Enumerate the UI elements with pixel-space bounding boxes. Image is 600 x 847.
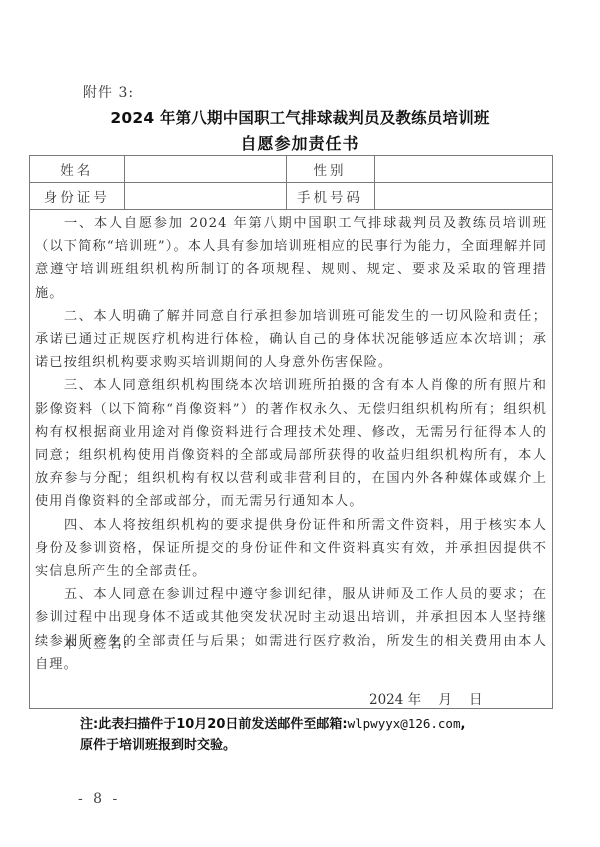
signature-label: 本人签名: (63, 632, 129, 652)
signature-field[interactable] (150, 626, 450, 654)
personal-info-table: 姓名 性别 身份证号 手机号码 (30, 156, 552, 210)
page-number: - 8 - (78, 791, 120, 807)
document-title: 2024 年第八期中国职工气排球裁判员及教练员培训班 (0, 106, 600, 128)
table-row: 身份证号 手机号码 (30, 183, 552, 210)
submission-note: 注:此表扫描件于10月20日前发送邮件至邮箱:wlpwyyx@126.com, (80, 713, 465, 732)
gender-label: 性别 (286, 156, 374, 183)
name-label: 姓名 (30, 156, 124, 183)
clauses: 一、本人自愿参加 2024 年第八期中国职工气排球裁判员及教练员培训班（以下简称… (35, 212, 547, 676)
original-document-note: 原件于培训班报到时交验。 (80, 734, 236, 753)
document-subtitle: 自愿参加责任书 (0, 131, 600, 154)
clause-1: 一、本人自愿参加 2024 年第八期中国职工气排球裁判员及教练员培训班（以下简称… (35, 212, 547, 305)
attachment-label: 附件 3: (83, 82, 134, 102)
id-number-field[interactable] (124, 183, 286, 210)
phone-label: 手机号码 (286, 183, 374, 210)
table-row: 姓名 性别 (30, 156, 552, 183)
name-field[interactable] (124, 156, 286, 183)
signature-date: 2024 年 月 日 (369, 688, 482, 708)
note-text: 注:此表扫描件于10月20日前发送邮件至邮箱: (80, 717, 348, 732)
gender-field[interactable] (374, 156, 552, 183)
note-punct: , (460, 717, 465, 732)
phone-field[interactable] (374, 183, 552, 210)
responsibility-form: 姓名 性别 身份证号 手机号码 一、本人自愿参加 2024 年第八期中国职工气排… (29, 155, 553, 709)
clause-4: 四、本人将按组织机构的要求提供身份证件和所需文件资料，用于核实本人身份及参训资格… (35, 514, 547, 584)
id-number-label: 身份证号 (30, 183, 124, 210)
email-address: wlpwyyx@126.com (348, 716, 461, 731)
clause-2: 二、本人明确了解并同意自行承担参加培训班可能发生的一切风险和责任；承诺已通过正规… (35, 305, 547, 375)
clause-3: 三、本人同意组织机构围绕本次培训班所拍摄的含有本人肖像的所有照片和影像资料（以下… (35, 374, 547, 513)
